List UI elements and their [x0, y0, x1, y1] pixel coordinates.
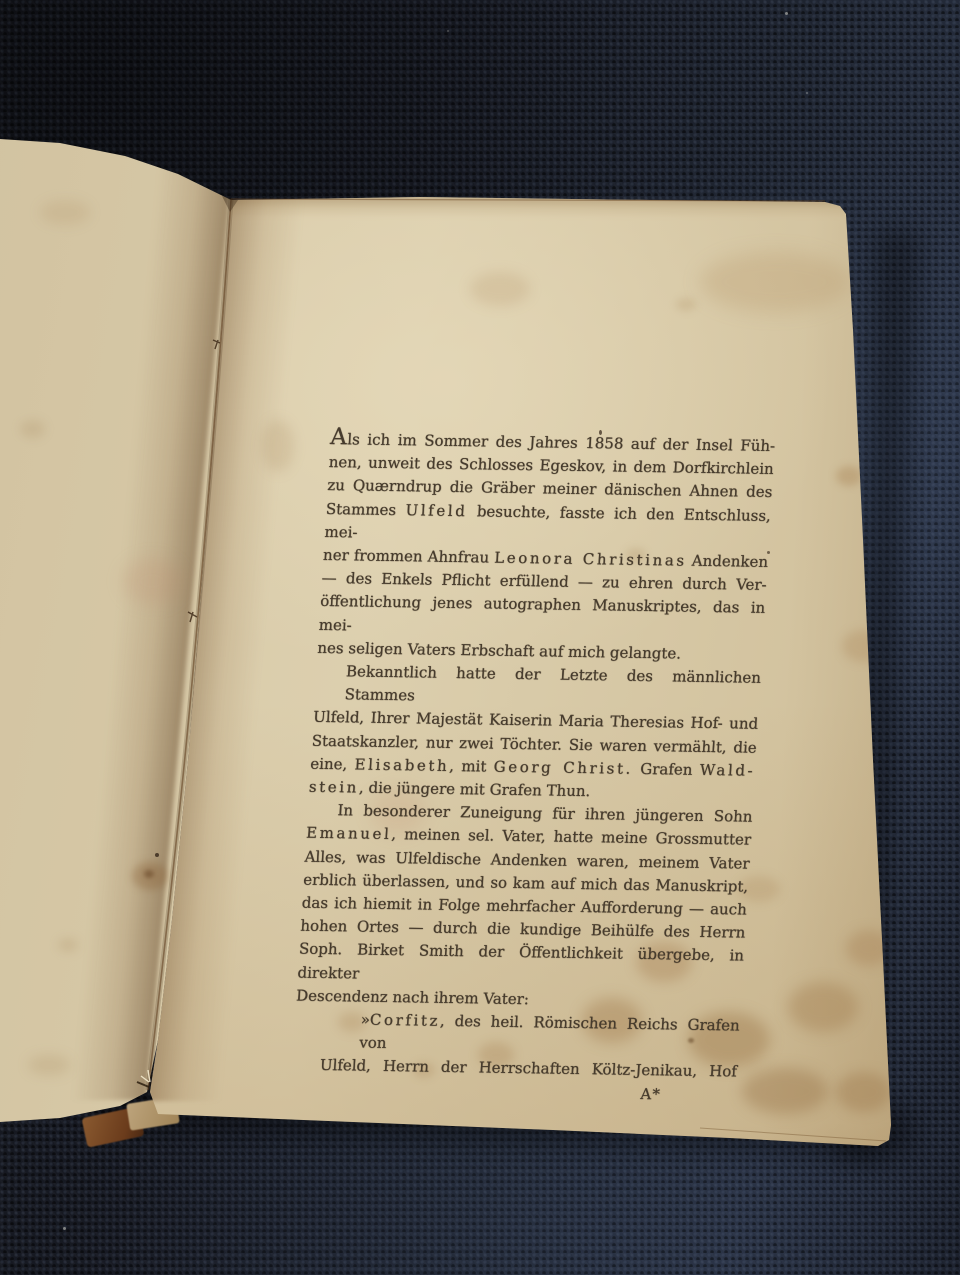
text-segment-spaced: stein — [308, 778, 359, 797]
text-segment: , mit — [449, 757, 494, 776]
book-photo: Als ich im Sommer des Jahres 1858 auf de… — [0, 0, 960, 1275]
signature-mark: A* — [640, 1083, 736, 1108]
text-line-22: »Corfitz, des heil. Römischen Reichs Gra… — [293, 1008, 741, 1061]
text-segment: eine, — [310, 755, 355, 774]
text-segment-spaced: Corfitz — [369, 1011, 440, 1030]
text-segment: ner frommen Ahnfrau — [323, 546, 495, 567]
text-segment-spaced: Elisabeth — [354, 755, 450, 774]
text-segment-spaced: Leonora Christinas — [494, 549, 688, 570]
dust-speck — [447, 30, 449, 32]
text-segment-spaced: Wald- — [699, 761, 756, 780]
text-segment: , meinen sel. Vater, hatte meine Grossmu… — [391, 825, 752, 849]
text-segment: , die jüngere mit Grafen Thun. — [358, 779, 590, 801]
text-segment-spaced: Georg Christ. — [493, 757, 633, 777]
text-line-07: öffentlichung jenes autographen Manuskri… — [318, 590, 766, 643]
text-line-04: Stammes Ulfeld besuchte, fasste ich den … — [324, 498, 772, 551]
dust-speck — [806, 92, 808, 94]
dust-speck — [63, 1227, 66, 1230]
dust-speck — [785, 12, 788, 15]
text-segment: ls ich im Sommer des Jahres 1858 auf der… — [347, 430, 776, 455]
text-segment: Andenken — [686, 552, 768, 571]
text-block: Als ich im Sommer des Jahres 1858 auf de… — [290, 426, 776, 1107]
text-segment: Stammes — [325, 500, 406, 519]
text-segment-spaced: Emanuel — [306, 824, 392, 843]
text-line-09: Bekanntlich hatte der Letzte des männlic… — [314, 660, 762, 713]
text-line-20: Soph. Birket Smith der Öffentlichkeit üb… — [297, 938, 745, 991]
drop-initial: A — [330, 424, 349, 450]
text-segment-spaced: Ulfeld — [405, 501, 468, 520]
text-segment: Grafen — [632, 760, 700, 779]
